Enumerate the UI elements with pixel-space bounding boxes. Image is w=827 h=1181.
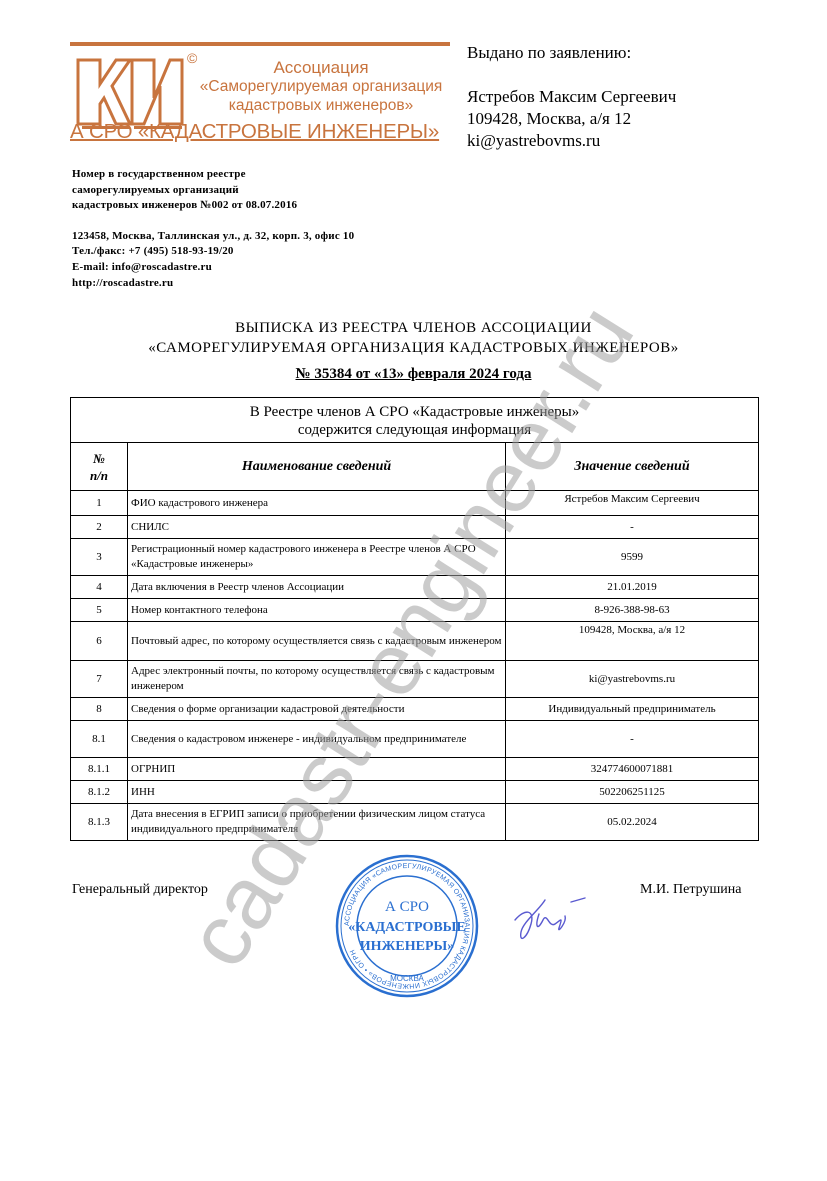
- registry-line: Номер в государственном реестре: [72, 167, 354, 183]
- recipient-email: ki@yastrebovms.ru: [467, 130, 676, 152]
- org-address: 123458, Москва, Таллинская ул., д. 32, к…: [72, 229, 354, 245]
- table-row: 8.1.2ИНН502206251125: [71, 781, 759, 804]
- row-number: 1: [71, 491, 128, 516]
- table-row: 8.1.1ОГРНИП324774600071881: [71, 758, 759, 781]
- logo-line-3: кадастровых инженеров»: [190, 97, 452, 115]
- association-logo: © Ассоциация «Саморегулируемая организац…: [70, 42, 450, 150]
- document-title: ВЫПИСКА ИЗ РЕЕСТРА ЧЛЕНОВ АССОЦИАЦИИ «СА…: [70, 318, 757, 358]
- table-row: 3Регистрационный номер кадастрового инже…: [71, 539, 759, 576]
- row-field-value: 324774600071881: [506, 758, 759, 781]
- row-field-value: 05.02.2024: [506, 804, 759, 841]
- title-line-1: ВЫПИСКА ИЗ РЕЕСТРА ЧЛЕНОВ АССОЦИАЦИИ: [70, 318, 757, 338]
- row-field-value: -: [506, 721, 759, 758]
- row-number: 6: [71, 622, 128, 661]
- registry-line: саморегулируемых организаций: [72, 183, 354, 199]
- header-number-line-1: №: [74, 450, 124, 467]
- table-row: 8Сведения о форме организации кадастрово…: [71, 698, 759, 721]
- row-field-name: Сведения о форме организации кадастровой…: [128, 698, 506, 721]
- table-row: 8.1.3Дата внесения в ЕГРИП записи о прио…: [71, 804, 759, 841]
- organization-info: Номер в государственном реестре саморегу…: [72, 167, 354, 291]
- row-field-value: 9599: [506, 539, 759, 576]
- official-stamp-icon: АССОЦИАЦИЯ «САМОРЕГУЛИРУЕМАЯ ОРГАНИЗАЦИЯ…: [334, 853, 480, 999]
- row-number: 8.1.2: [71, 781, 128, 804]
- row-field-name: Регистрационный номер кадастрового инжен…: [128, 539, 506, 576]
- row-number: 8: [71, 698, 128, 721]
- row-field-value: -: [506, 516, 759, 539]
- stamp-line-2: «КАДАСТРОВЫЕ: [348, 920, 466, 935]
- row-field-value: Ястребов Максим Сергеевич: [506, 491, 759, 516]
- org-phone: Тел./факс: +7 (495) 518-93-19/20: [72, 244, 354, 260]
- table-row: 8.1Сведения о кадастровом инженере - инд…: [71, 721, 759, 758]
- recipient-address: 109428, Москва, а/я 12: [467, 108, 676, 130]
- header-number-line-2: п/п: [74, 467, 124, 484]
- table-row: 7Адрес электронный почты, по которому ос…: [71, 661, 759, 698]
- director-name: М.И. Петрушина: [640, 882, 741, 898]
- logo-top-rule: [70, 42, 450, 46]
- row-number: 2: [71, 516, 128, 539]
- row-number: 3: [71, 539, 128, 576]
- registry-table: В Реестре членов А СРО «Кадастровые инже…: [70, 397, 759, 841]
- row-number: 5: [71, 599, 128, 622]
- row-number: 4: [71, 576, 128, 599]
- stamp-line-3: ИНЖЕНЕРЫ»: [360, 939, 455, 954]
- table-caption-line-1: В Реестре членов А СРО «Кадастровые инже…: [74, 403, 755, 421]
- row-number: 8.1: [71, 721, 128, 758]
- header-number: № п/п: [71, 443, 128, 491]
- row-field-value: 109428, Москва, а/я 12: [506, 622, 759, 661]
- row-number: 8.1.1: [71, 758, 128, 781]
- ki-monogram-icon: [74, 54, 184, 130]
- handwritten-signature-icon: [505, 880, 595, 950]
- table-row: 4Дата включения в Реестр членов Ассоциац…: [71, 576, 759, 599]
- row-field-name: Дата включения в Реестр членов Ассоциаци…: [128, 576, 506, 599]
- row-number: 7: [71, 661, 128, 698]
- issued-label: Выдано по заявлению:: [467, 42, 676, 64]
- row-field-name: Сведения о кадастровом инженере - индиви…: [128, 721, 506, 758]
- table-row: 6Почтовый адрес, по которому осуществляе…: [71, 622, 759, 661]
- registry-line: кадастровых инженеров №002 от 08.07.2016: [72, 198, 354, 214]
- recipient-block: Выдано по заявлению: Ястребов Максим Сер…: [467, 42, 676, 152]
- logo-line-1: Ассоциация: [190, 58, 452, 78]
- table-row: 5Номер контактного телефона8-926-388-98-…: [71, 599, 759, 622]
- row-field-value: 8-926-388-98-63: [506, 599, 759, 622]
- row-field-name: Почтовый адрес, по которому осуществляет…: [128, 622, 506, 661]
- row-field-value: Индивидуальный предприниматель: [506, 698, 759, 721]
- table-row: 2СНИЛС-: [71, 516, 759, 539]
- row-field-name: ОГРНИП: [128, 758, 506, 781]
- table-caption-line-2: содержится следующая информация: [74, 421, 755, 439]
- table-row: 1ФИО кадастрового инженераЯстребов Макси…: [71, 491, 759, 516]
- row-field-value: 502206251125: [506, 781, 759, 804]
- logo-line-2: «Саморегулируемая организация: [190, 78, 452, 96]
- director-position: Генеральный директор: [72, 882, 208, 898]
- row-field-name: ИНН: [128, 781, 506, 804]
- document-number: № 35384 от «13» февраля 2024 года: [70, 366, 757, 383]
- row-field-name: Адрес электронный почты, по которому осу…: [128, 661, 506, 698]
- recipient-name: Ястребов Максим Сергеевич: [467, 86, 676, 108]
- row-field-name: Номер контактного телефона: [128, 599, 506, 622]
- document-number-text: № 35384 от «13» февраля 2024 года: [296, 366, 532, 382]
- title-line-2: «САМОРЕГУЛИРУЕМАЯ ОРГАНИЗАЦИЯ КАДАСТРОВЫ…: [70, 338, 757, 358]
- table-caption: В Реестре членов А СРО «Кадастровые инже…: [71, 398, 759, 443]
- header-value: Значение сведений: [506, 443, 759, 491]
- row-number: 8.1.3: [71, 804, 128, 841]
- row-field-name: ФИО кадастрового инженера: [128, 491, 506, 516]
- logo-bottom-name: А СРО «КАДАСТРОВЫЕ ИНЖЕНЕРЫ»: [70, 120, 450, 144]
- org-email: E-mail: info@roscadastre.ru: [72, 260, 354, 276]
- row-field-name: Дата внесения в ЕГРИП записи о приобрете…: [128, 804, 506, 841]
- row-field-name: СНИЛС: [128, 516, 506, 539]
- stamp-city: МОСКВА: [390, 974, 424, 983]
- row-field-value: ki@yastrebovms.ru: [506, 661, 759, 698]
- org-website: http://roscadastre.ru: [72, 276, 354, 292]
- stamp-line-1: А СРО: [385, 899, 429, 915]
- header-name: Наименование сведений: [128, 443, 506, 491]
- row-field-value: 21.01.2019: [506, 576, 759, 599]
